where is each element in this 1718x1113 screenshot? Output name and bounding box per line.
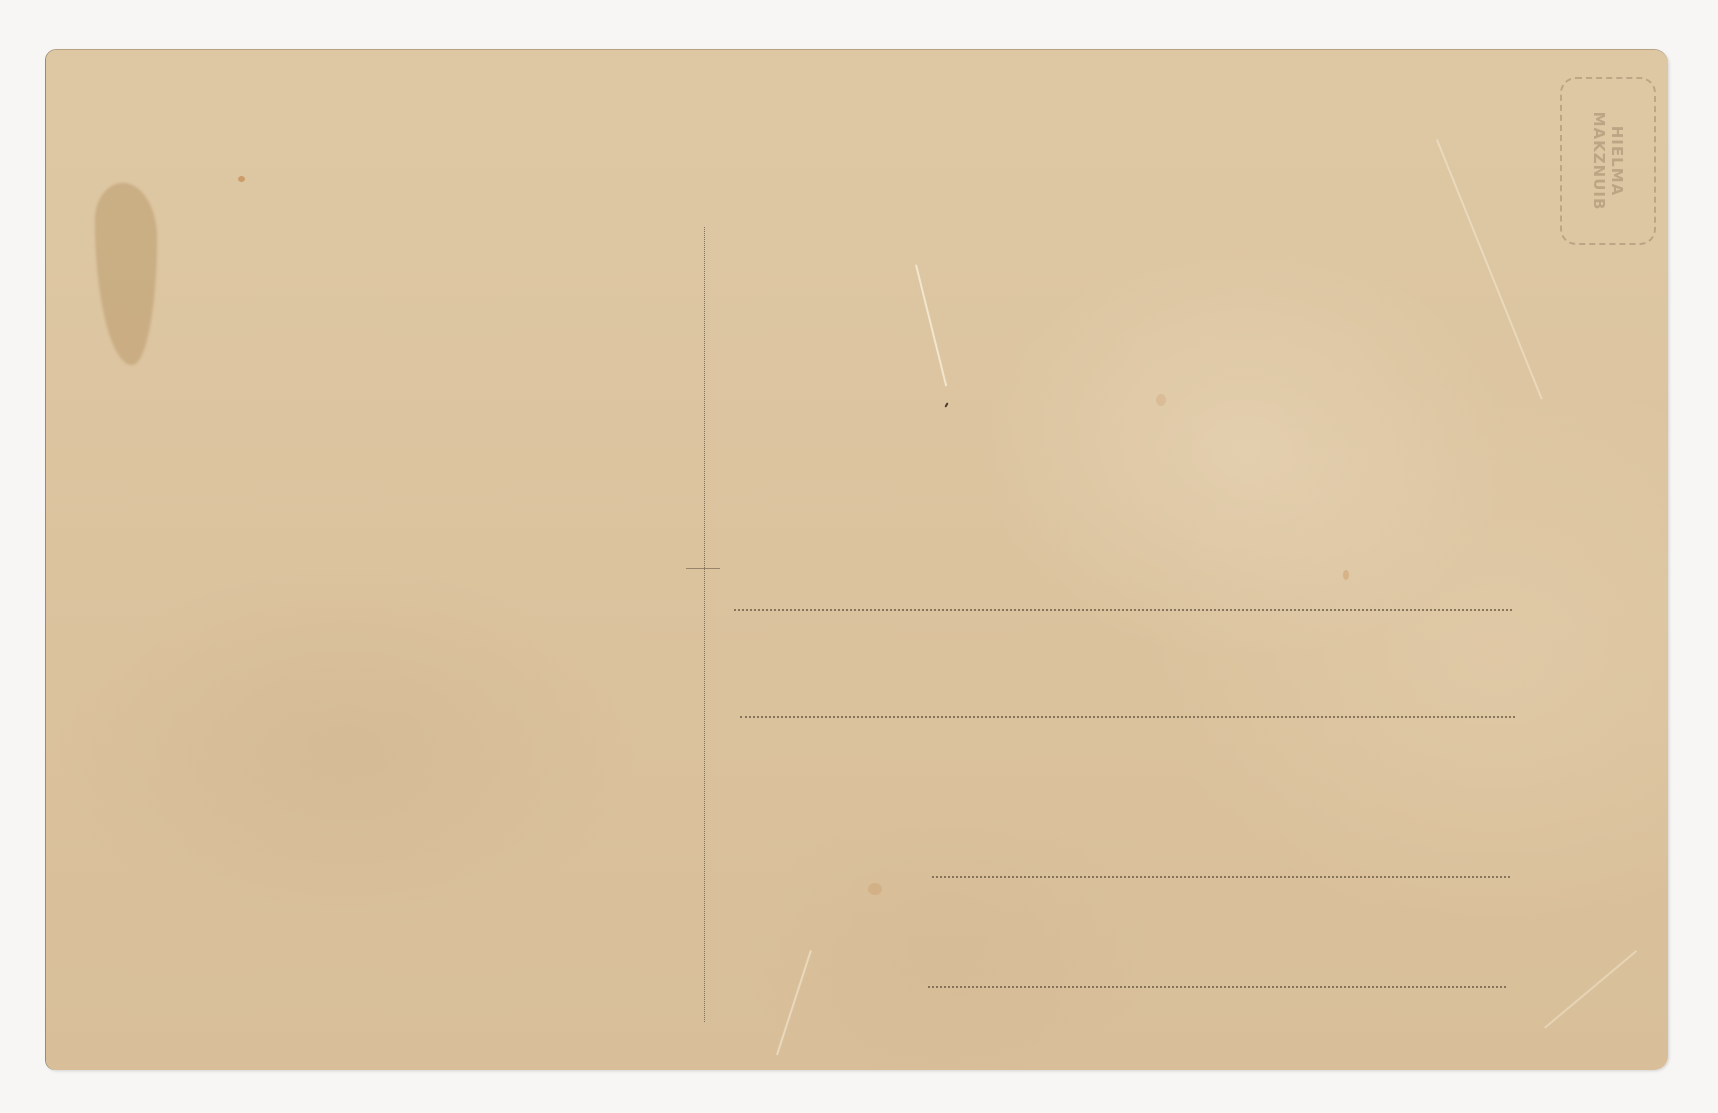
rust-spot xyxy=(868,883,882,895)
address-line-3 xyxy=(932,876,1510,878)
water-stain xyxy=(95,183,157,365)
address-line-1 xyxy=(734,609,1512,611)
address-line-2 xyxy=(740,716,1515,718)
address-line-4 xyxy=(928,986,1506,988)
ink-speck xyxy=(944,402,948,407)
postcard-back: HIELMA MAKZNUIB xyxy=(46,50,1668,1070)
stamp-label-line-1: HIELMA xyxy=(1608,112,1626,211)
stamp-placeholder-box: HIELMA MAKZNUIB xyxy=(1560,77,1656,245)
paper-crease xyxy=(1544,950,1637,1029)
paper-crease xyxy=(776,950,812,1055)
stamp-label-line-2: MAKZNUIB xyxy=(1590,112,1608,211)
rust-spot xyxy=(238,176,245,182)
message-address-divider xyxy=(704,227,705,1022)
divider-tick xyxy=(686,568,720,569)
paper-crease xyxy=(1436,139,1543,399)
rust-spot xyxy=(1156,394,1166,406)
stamp-label: HIELMA MAKZNUIB xyxy=(1590,112,1626,211)
rust-spot xyxy=(1343,570,1349,580)
paper-crease xyxy=(915,265,947,387)
